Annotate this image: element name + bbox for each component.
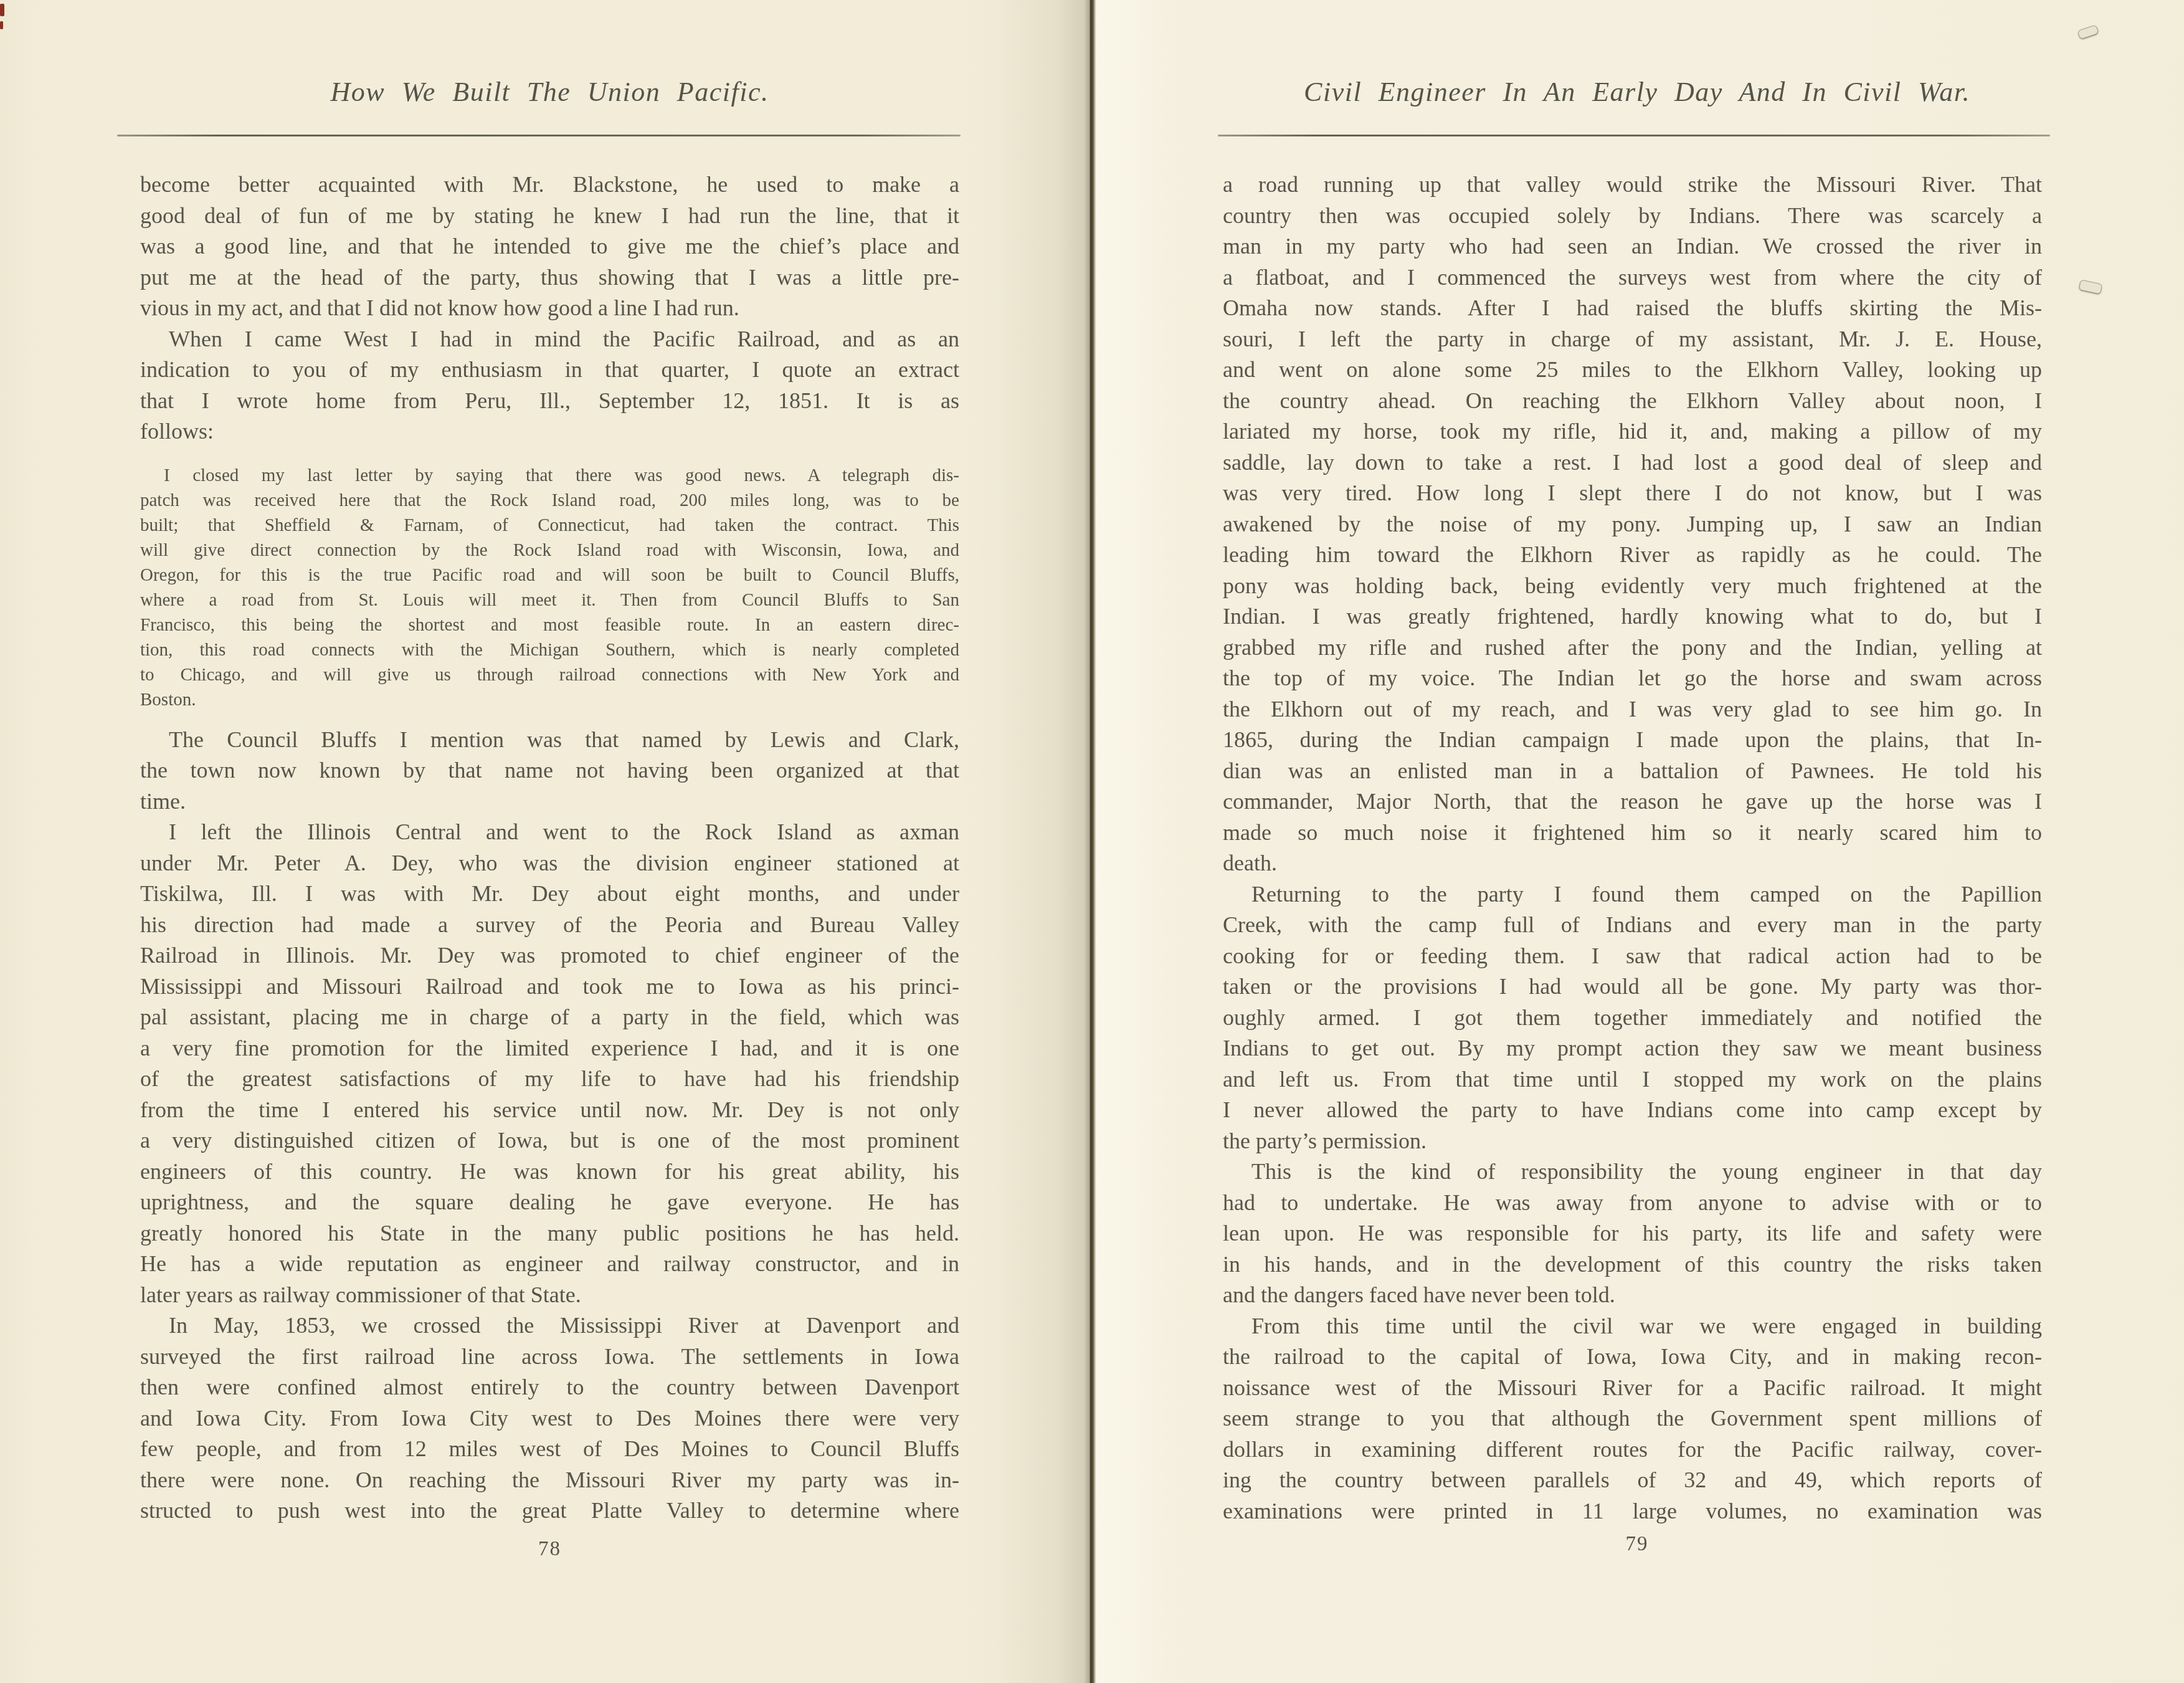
text-line: built; that Sheffield & Farnam, of Conne…	[140, 513, 959, 538]
text-line: He has a wide reputation as engineer and…	[140, 1249, 959, 1280]
text-line: I left the Illinois Central and went to …	[140, 817, 959, 848]
text-line: uprightness, and the square dealing he g…	[140, 1187, 959, 1218]
text-line: that I wrote home from Peru, Ill., Septe…	[140, 386, 959, 417]
text-line: souri, I left the party in charge of my …	[1223, 324, 2042, 355]
text-line: lariated my horse, took my rifle, hid it…	[1223, 416, 2042, 447]
text-line: later years as railway commissioner of t…	[140, 1280, 959, 1311]
text-line: Tiskilwa, Ill. I was with Mr. Dey about …	[140, 879, 959, 910]
text-line: country then was occupied solely by Indi…	[1223, 201, 2042, 232]
text-line: leading him toward the Elkhorn River as …	[1223, 540, 2042, 571]
text-line: taken or the provisions I had would all …	[1223, 971, 2042, 1003]
text-line: the country ahead. On reaching the Elkho…	[1223, 386, 2042, 417]
text-line: the Elkhorn out of my reach, and I was v…	[1223, 694, 2042, 725]
text-line: pony was holding back, being evidently v…	[1223, 571, 2042, 602]
left-running-head: How We Built The Union Pacific.	[140, 76, 959, 108]
text-line: had to undertake. He was away from anyon…	[1223, 1188, 2042, 1219]
text-line: indication to you of my enthusiasm in th…	[140, 355, 959, 386]
text-line: put me at the head of the party, thus sh…	[140, 262, 959, 293]
scan-edge-mark	[0, 21, 3, 29]
text-line: a flatboat, and I commenced the surveys …	[1223, 262, 2042, 293]
text-line: Railroad in Illinois. Mr. Dey was promot…	[140, 940, 959, 971]
text-line: grabbed my rifle and rushed after the po…	[1223, 632, 2042, 664]
text-line: engineers of this country. He was known …	[140, 1156, 959, 1188]
text-line: the party’s permission.	[1223, 1126, 2042, 1157]
paragraph: From this time until the civil war we we…	[1223, 1311, 2042, 1527]
paragraph: a road running up that valley would stri…	[1223, 169, 2042, 879]
text-line: Creek, with the camp full of Indians and…	[1223, 910, 2042, 941]
text-line: greatly honored his State in the many pu…	[140, 1218, 959, 1249]
text-line: awakened by the noise of my pony. Jumpin…	[1223, 509, 2042, 540]
scan-edge-mark	[0, 4, 4, 16]
text-line: a very distinguished citizen of Iowa, bu…	[140, 1125, 959, 1156]
text-line: seem strange to you that although the Go…	[1223, 1403, 2042, 1434]
text-line: the railroad to the capital of Iowa, Iow…	[1223, 1342, 2042, 1373]
paragraph: In May, 1853, we crossed the Mississippi…	[140, 1310, 959, 1527]
text-line: his direction had made a survey of the P…	[140, 910, 959, 941]
text-line: structed to push west into the great Pla…	[140, 1495, 959, 1527]
text-line: follows:	[140, 416, 959, 447]
page-left: How We Built The Union Pacific. become b…	[0, 0, 1092, 1683]
text-line: of the greatest satisfactions of my life…	[140, 1064, 959, 1095]
text-line: oughly armed. I got them together immedi…	[1223, 1003, 2042, 1034]
text-line: examinations were printed in 11 large vo…	[1223, 1496, 2042, 1527]
text-line: ing the country between parallels of 32 …	[1223, 1465, 2042, 1496]
text-line: I closed my last letter by saying that t…	[140, 463, 959, 488]
text-line: lean upon. He was responsible for his pa…	[1223, 1218, 2042, 1249]
text-line: tion, this road connects with the Michig…	[140, 637, 959, 662]
text-line: cooking for or feeding them. I saw that …	[1223, 941, 2042, 972]
text-line: noissance west of the Missouri River for…	[1223, 1373, 2042, 1404]
text-line: dollars in examining different routes fo…	[1223, 1434, 2042, 1466]
text-line: dian was an enlisted man in a battalion …	[1223, 756, 2042, 787]
text-line: will give direct connection by the Rock …	[140, 538, 959, 563]
paragraph: The Council Bluffs I mention was that na…	[140, 725, 959, 818]
text-line: This is the kind of responsibility the y…	[1223, 1156, 2042, 1188]
text-line: death.	[1223, 848, 2042, 879]
text-line: Indian. I was greatly frightened, hardly…	[1223, 601, 2042, 632]
paragraph: I left the Illinois Central and went to …	[140, 817, 959, 1310]
text-line: then were confined almost entirely to th…	[140, 1372, 959, 1403]
block-quote-paragraph: I closed my last letter by saying that t…	[140, 463, 959, 712]
right-header-rule	[1218, 135, 2050, 136]
paragraph: become better acquainted with Mr. Blacks…	[140, 169, 959, 324]
text-line: From this time until the civil war we we…	[1223, 1311, 2042, 1342]
text-line: 1865, during the Indian campaign I made …	[1223, 725, 2042, 756]
right-running-head: Civil Engineer In An Early Day And In Ci…	[1223, 76, 2051, 108]
left-page-number: 78	[140, 1538, 959, 1561]
text-line: to Chicago, and will give us through rai…	[140, 662, 959, 687]
right-page-number: 79	[1223, 1533, 2051, 1556]
text-line: Returning to the party I found them camp…	[1223, 879, 2042, 910]
text-line: time.	[140, 786, 959, 818]
text-line: where a road from St. Louis will meet it…	[140, 588, 959, 613]
text-line: Francisco, this being the shortest and m…	[140, 613, 959, 637]
text-line: The Council Bluffs I mention was that na…	[140, 725, 959, 756]
text-line: made so much noise it frightened him so …	[1223, 818, 2042, 849]
text-line: a very fine promotion for the limited ex…	[140, 1033, 959, 1064]
text-line: Boston.	[140, 687, 959, 712]
text-line: Indians to get out. By my prompt action …	[1223, 1033, 2042, 1064]
text-line: the top of my voice. The Indian let go t…	[1223, 663, 2042, 694]
text-line: few people, and from 12 miles west of De…	[140, 1434, 959, 1465]
text-line: Oregon, for this is the true Pacific roa…	[140, 563, 959, 588]
left-header-rule	[117, 135, 961, 136]
text-line: vious in my act, and that I did not know…	[140, 293, 959, 324]
text-line: saddle, lay down to take a rest. I had l…	[1223, 447, 2042, 479]
text-line: from the time I entered his service unti…	[140, 1095, 959, 1126]
text-line: under Mr. Peter A. Dey, who was the divi…	[140, 848, 959, 879]
text-line: was a good line, and that he intended to…	[140, 231, 959, 262]
text-line: the town now known by that name not havi…	[140, 755, 959, 786]
text-line: and left us. From that time until I stop…	[1223, 1064, 2042, 1095]
paragraph: When I came West I had in mind the Pacif…	[140, 324, 959, 447]
text-line: pal assistant, placing me in charge of a…	[140, 1002, 959, 1033]
text-line: and went on alone some 25 miles to the E…	[1223, 355, 2042, 386]
text-line: in his hands, and in the development of …	[1223, 1249, 2042, 1280]
text-line: become better acquainted with Mr. Blacks…	[140, 169, 959, 201]
page-right: Civil Engineer In An Early Day And In Ci…	[1092, 0, 2184, 1683]
text-line: I never allowed the party to have Indian…	[1223, 1095, 2042, 1126]
paragraph: Returning to the party I found them camp…	[1223, 879, 2042, 1157]
text-line: good deal of fun of me by stating he kne…	[140, 201, 959, 232]
text-line: In May, 1853, we crossed the Mississippi…	[140, 1310, 959, 1342]
text-line: When I came West I had in mind the Pacif…	[140, 324, 959, 355]
text-line: Omaha now stands. After I had raised the…	[1223, 293, 2042, 324]
text-line: a road running up that valley would stri…	[1223, 169, 2042, 201]
text-line: was very tired. How long I slept there I…	[1223, 478, 2042, 509]
right-text-block: a road running up that valley would stri…	[1223, 169, 2042, 1527]
text-line: there were none. On reaching the Missour…	[140, 1465, 959, 1496]
text-line: Mississippi and Missouri Railroad and to…	[140, 971, 959, 1003]
text-line: commander, Major North, that the reason …	[1223, 786, 2042, 818]
text-line: and the dangers faced have never been to…	[1223, 1280, 2042, 1311]
paragraph: This is the kind of responsibility the y…	[1223, 1156, 2042, 1311]
text-line: man in my party who had seen an Indian. …	[1223, 231, 2042, 262]
left-text-block: become better acquainted with Mr. Blacks…	[140, 169, 959, 1527]
text-line: and Iowa City. From Iowa City west to De…	[140, 1403, 959, 1434]
text-line: patch was received here that the Rock Is…	[140, 488, 959, 513]
text-line: surveyed the first railroad line across …	[140, 1342, 959, 1373]
